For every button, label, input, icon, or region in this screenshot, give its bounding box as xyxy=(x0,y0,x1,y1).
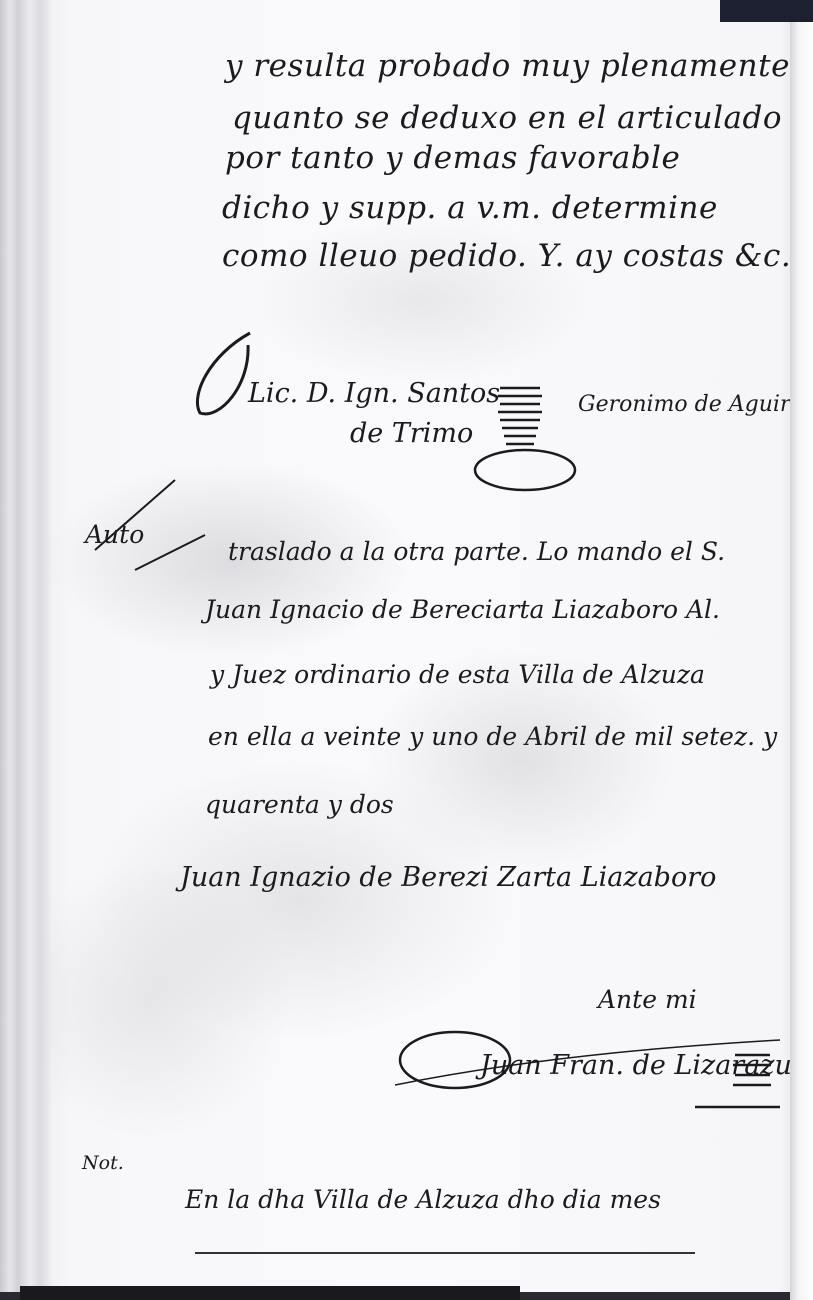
para2-line-1: traslado a la otra parte. Lo mando el S. xyxy=(228,537,725,566)
margin-note-notif: Not. xyxy=(82,1152,124,1174)
para1-line-5: como lleuo pedido. Y. ay costas &c. xyxy=(222,238,791,274)
signature-judge: Juan Ignazio de Berezi Zarta Liazaboro xyxy=(180,862,716,893)
para2-line-2: Juan Ignacio de Bereciarta Liazaboro Al. xyxy=(205,595,720,624)
para2-line-4: en ella a veinte y uno de Abril de mil s… xyxy=(208,722,777,751)
binding-edge xyxy=(0,0,52,1292)
para1-line-2: quanto se deduxo en el articulado xyxy=(232,100,782,136)
para1-line-1: y resulta probado muy plenamente xyxy=(225,48,790,84)
signature-left-line1: Lic. D. Ign. Santos xyxy=(248,378,500,409)
signature-notary: Juan Fran. de Lizarazu xyxy=(480,1050,792,1081)
scan-background-top xyxy=(720,0,813,22)
page-right-edge xyxy=(790,0,813,1300)
rubric-spiral-icon xyxy=(470,380,590,495)
para2-line-5: quarenta y dos xyxy=(205,790,394,819)
ante-mi-label: Ante mi xyxy=(598,985,697,1014)
margin-stroke-icon xyxy=(85,475,210,575)
manuscript-page: y resulta probado muy plenamente quanto … xyxy=(0,0,800,1292)
para2-line-3: y Juez ordinario de esta Villa de Alzuza xyxy=(210,660,705,689)
signature-right: Geronimo de Aguirre xyxy=(578,392,813,417)
para1-line-3: por tanto y demas favorable xyxy=(225,140,680,176)
scan-background-bottom xyxy=(20,1286,520,1300)
closing-rule xyxy=(195,1252,695,1254)
para1-line-4: dicho y supp. a v.m. determine xyxy=(222,190,718,226)
signature-left-line2: de Trimo xyxy=(350,418,473,449)
closing-line: En la dha Villa de Alzuza dho dia mes xyxy=(185,1185,661,1214)
